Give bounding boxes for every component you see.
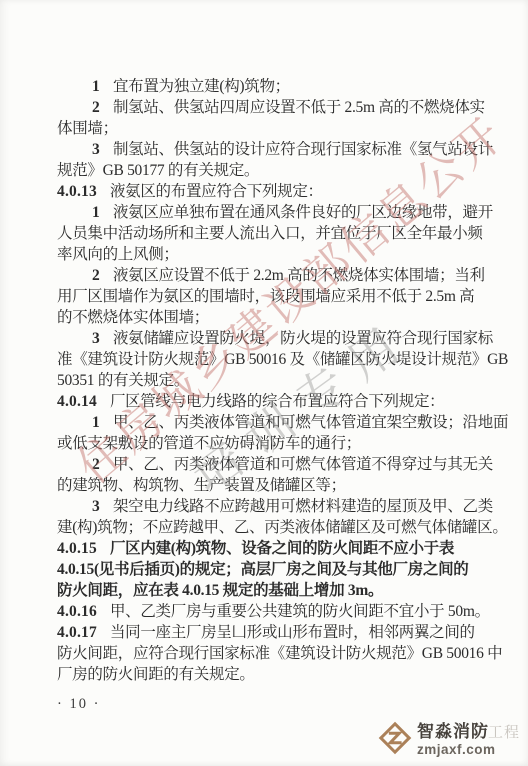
text-line: 3液氨储罐应设置防火堤，防火堤的设置应符合现行国家标 bbox=[57, 328, 499, 349]
text-line: 50351 的有关规定。 bbox=[57, 370, 499, 391]
line-text: 建(构)筑物；不应跨越甲、乙、丙类液体储罐区及可燃气体储罐区。 bbox=[57, 519, 508, 536]
line-number: 4.0.17 bbox=[57, 624, 97, 641]
document-lines: 1宜布置为独立建(构)筑物；2制氢站、供氢站四周应设置不低于 2.5m 高的不燃… bbox=[57, 76, 499, 685]
line-text: 防火间距，应符合现行国家标准《建筑设计防火规范》GB 50016 中 bbox=[57, 645, 502, 662]
line-text: 制氢站、供氢站四周应设置不低于 2.5m 高的不燃烧体实 bbox=[113, 99, 485, 116]
text-line: 4.0.17当同一座主厂房呈凵形或山形布置时，相邻两翼之间的 bbox=[57, 622, 499, 643]
line-text: 制氢站、供氢站的设计应符合现行国家标准《氢气站设计 bbox=[113, 141, 493, 158]
line-text: 准《建筑设计防火规范》GB 50016 及《储罐区防火堤设计规范》GB bbox=[57, 351, 508, 368]
line-text: 50351 的有关规定。 bbox=[57, 372, 189, 389]
zhimiao-diamond-icon bbox=[378, 721, 412, 760]
text-line: 体围墙； bbox=[57, 118, 499, 139]
line-number: 4.0.13 bbox=[57, 183, 97, 200]
text-line: 4.0.16甲、乙类厂房与重要公共建筑的防火间距不宜小于 50m。 bbox=[57, 601, 499, 622]
brand-ghost-text: 工程 bbox=[488, 725, 520, 741]
line-text: 率风向的上风侧； bbox=[57, 246, 179, 263]
line-text: 厂区管线与电力线路的综合布置应符合下列规定： bbox=[110, 393, 444, 410]
line-text: 的不燃烧体实体围墙； bbox=[57, 309, 209, 326]
page-number: · 10 · bbox=[57, 696, 100, 713]
text-line: 率风向的上风侧； bbox=[57, 244, 499, 265]
text-line: 防火间距，应符合现行国家标准《建筑设计防火规范》GB 50016 中 bbox=[57, 643, 499, 664]
text-line: 的不燃烧体实体围墙； bbox=[57, 307, 499, 328]
line-number: 2 bbox=[92, 456, 100, 473]
line-text: 液氨区应单独布置在通风条件良好的厂区边缘地带，避开 bbox=[113, 204, 493, 221]
line-number: 1 bbox=[92, 78, 100, 95]
text-line: 准《建筑设计防火规范》GB 50016 及《储罐区防火堤设计规范》GB bbox=[57, 349, 499, 370]
line-text: 宜布置为独立建(构)筑物； bbox=[113, 78, 290, 95]
text-line: 4.0.15(见书后插页)的规定；高层厂房之间及与其他厂房之间的 bbox=[57, 559, 499, 580]
line-text: 甲、乙、丙类液体管道和可燃气体管道宜架空敷设；沿地面 bbox=[113, 414, 508, 431]
text-line: 1甲、乙、丙类液体管道和可燃气体管道宜架空敷设；沿地面 bbox=[57, 412, 499, 433]
text-line: 规范》GB 50177 的有关规定。 bbox=[57, 160, 499, 181]
text-line: 厂房的防火间距的有关规定。 bbox=[57, 664, 499, 685]
line-number: 2 bbox=[92, 267, 100, 284]
line-text: 防火间距，应在表 4.0.15 规定的基础上增加 3m。 bbox=[57, 582, 383, 599]
line-text: 液氨区的布置应符合下列规定： bbox=[110, 183, 323, 200]
text-line: 建(构)筑物；不应跨越甲、乙、丙类液体储罐区及可燃气体储罐区。 bbox=[57, 517, 499, 538]
document-page: 1宜布置为独立建(构)筑物；2制氢站、供氢站四周应设置不低于 2.5m 高的不燃… bbox=[0, 0, 528, 766]
line-number: 3 bbox=[92, 498, 100, 515]
text-line: 人员集中活动场所和主要人流出入口，并宜位于厂区全年最小频 bbox=[57, 223, 499, 244]
line-number: 4.0.15 bbox=[57, 540, 97, 557]
text-line: 2甲、乙、丙类液体管道和可燃气体管道不得穿过与其无关 bbox=[57, 454, 499, 475]
line-text: 甲、乙、丙类液体管道和可燃气体管道不得穿过与其无关 bbox=[113, 456, 493, 473]
text-line: 的建筑物、构筑物、生产装置及储罐区等； bbox=[57, 475, 499, 496]
line-text: 厂区内建(构)筑物、设备之间的防火间距不应小于表 bbox=[110, 540, 454, 557]
line-text: 架空电力线路不应跨越用可燃材料建造的屋顶及甲、乙类 bbox=[113, 498, 493, 515]
line-text: 液氨储罐应设置防火堤，防火堤的设置应符合现行国家标 bbox=[113, 330, 493, 347]
text-line: 4.0.15厂区内建(构)筑物、设备之间的防火间距不应小于表 bbox=[57, 538, 499, 559]
brand-url[interactable]: zmjaxf.com bbox=[417, 743, 520, 757]
line-number: 1 bbox=[92, 414, 100, 431]
line-text: 用厂区围墙作为氨区的围墙时，该段围墙应采用不低于 2.5m 高 bbox=[57, 288, 474, 305]
text-line: 2液氨区应设置不低于 2.2m 高的不燃烧体实体围墙；当利 bbox=[57, 265, 499, 286]
line-text: 厂房的防火间距的有关规定。 bbox=[57, 666, 255, 683]
site-logo[interactable]: 智淼消防 工程 zmjaxf.com bbox=[378, 721, 520, 760]
text-line: 3制氢站、供氢站的设计应符合现行国家标准《氢气站设计 bbox=[57, 139, 499, 160]
line-number: 3 bbox=[92, 141, 100, 158]
text-line: 3架空电力线路不应跨越用可燃材料建造的屋顶及甲、乙类 bbox=[57, 496, 499, 517]
line-text: 或低支架敷设的管道不应妨碍消防车的通行； bbox=[57, 435, 361, 452]
text-line: 2制氢站、供氢站四周应设置不低于 2.5m 高的不燃烧体实 bbox=[57, 97, 499, 118]
line-text: 的建筑物、构筑物、生产装置及储罐区等； bbox=[57, 477, 346, 494]
line-number: 1 bbox=[92, 204, 100, 221]
text-line: 防火间距，应在表 4.0.15 规定的基础上增加 3m。 bbox=[57, 580, 499, 601]
line-text: 液氨区应设置不低于 2.2m 高的不燃烧体实体围墙；当利 bbox=[113, 267, 485, 284]
text-line: 或低支架敷设的管道不应妨碍消防车的通行； bbox=[57, 433, 499, 454]
text-line: 1液氨区应单独布置在通风条件良好的厂区边缘地带，避开 bbox=[57, 202, 499, 223]
brand-name: 智淼消防 bbox=[417, 723, 489, 741]
line-text: 人员集中活动场所和主要人流出入口，并宜位于厂区全年最小频 bbox=[57, 225, 483, 242]
line-text: 4.0.15(见书后插页)的规定；高层厂房之间及与其他厂房之间的 bbox=[57, 561, 468, 578]
text-line: 4.0.13液氨区的布置应符合下列规定： bbox=[57, 181, 499, 202]
line-number: 3 bbox=[92, 330, 100, 347]
line-number: 4.0.14 bbox=[57, 393, 97, 410]
text-line: 用厂区围墙作为氨区的围墙时，该段围墙应采用不低于 2.5m 高 bbox=[57, 286, 499, 307]
line-number: 4.0.16 bbox=[57, 603, 97, 620]
line-number: 2 bbox=[92, 99, 100, 116]
line-text: 体围墙； bbox=[57, 120, 118, 137]
line-text: 规范》GB 50177 的有关规定。 bbox=[57, 162, 259, 179]
line-text: 甲、乙类厂房与重要公共建筑的防火间距不宜小于 50m。 bbox=[110, 603, 490, 620]
line-text: 当同一座主厂房呈凵形或山形布置时，相邻两翼之间的 bbox=[110, 624, 475, 641]
text-line: 1宜布置为独立建(构)筑物； bbox=[57, 76, 499, 97]
text-line: 4.0.14厂区管线与电力线路的综合布置应符合下列规定： bbox=[57, 391, 499, 412]
